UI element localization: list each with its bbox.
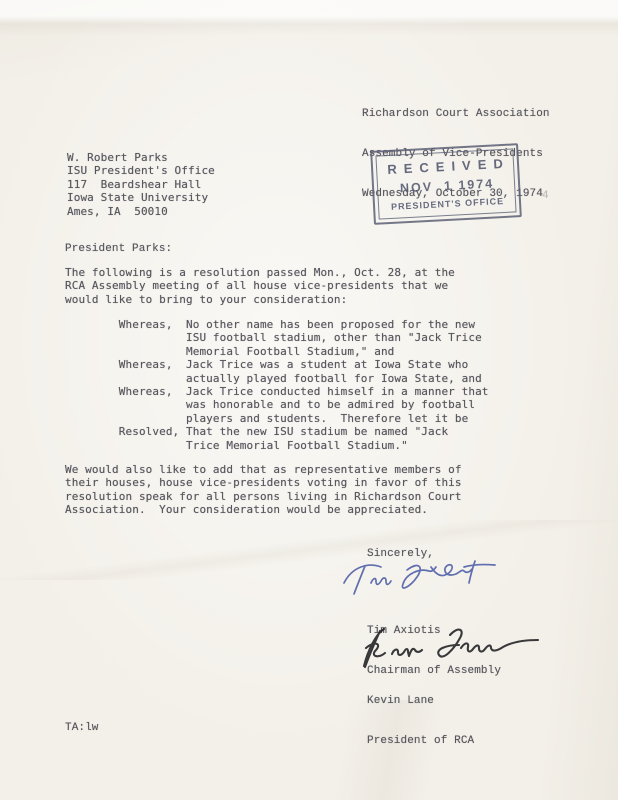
- stamp-office: PRESIDENT'S OFFICE: [390, 196, 505, 212]
- paper-crease: [0, 700, 618, 800]
- received-stamp-inner-border: RECEIVED NOV 1 1974 PRESIDENT'S OFFICE: [375, 148, 516, 219]
- letter-page: Richardson Court Association Assembly of…: [0, 0, 618, 800]
- stamp-date: NOV 1 1974: [398, 177, 495, 196]
- salutation: President Parks:: [65, 243, 172, 256]
- signer-2-title: President of RCA: [367, 735, 474, 748]
- stamp-received-text: RECEIVED: [380, 155, 510, 177]
- resolution-text: Whereas, No other name has been proposed…: [65, 318, 489, 452]
- received-stamp: RECEIVED NOV 1 1974 PRESIDENT'S OFFICE: [370, 143, 522, 225]
- typist-reference: TA:lw: [65, 722, 99, 735]
- opening-paragraph: The following is a resolution passed Mon…: [65, 266, 455, 306]
- tim-axiotis-signature: [340, 557, 508, 603]
- letterhead-org: Richardson Court Association: [362, 108, 550, 121]
- typo-ghost-char: 4: [542, 190, 549, 202]
- kevin-lane-signature: [352, 624, 552, 672]
- signer-2-name: Kevin Lane: [367, 695, 474, 708]
- signer-2-block: Kevin Lane President of RCA: [367, 668, 474, 775]
- closing-paragraph: We would also like to add that as repres…: [65, 463, 462, 517]
- paper-crease: [0, 520, 618, 580]
- recipient-address: W. Robert Parks ISU President's Office 1…: [67, 151, 215, 218]
